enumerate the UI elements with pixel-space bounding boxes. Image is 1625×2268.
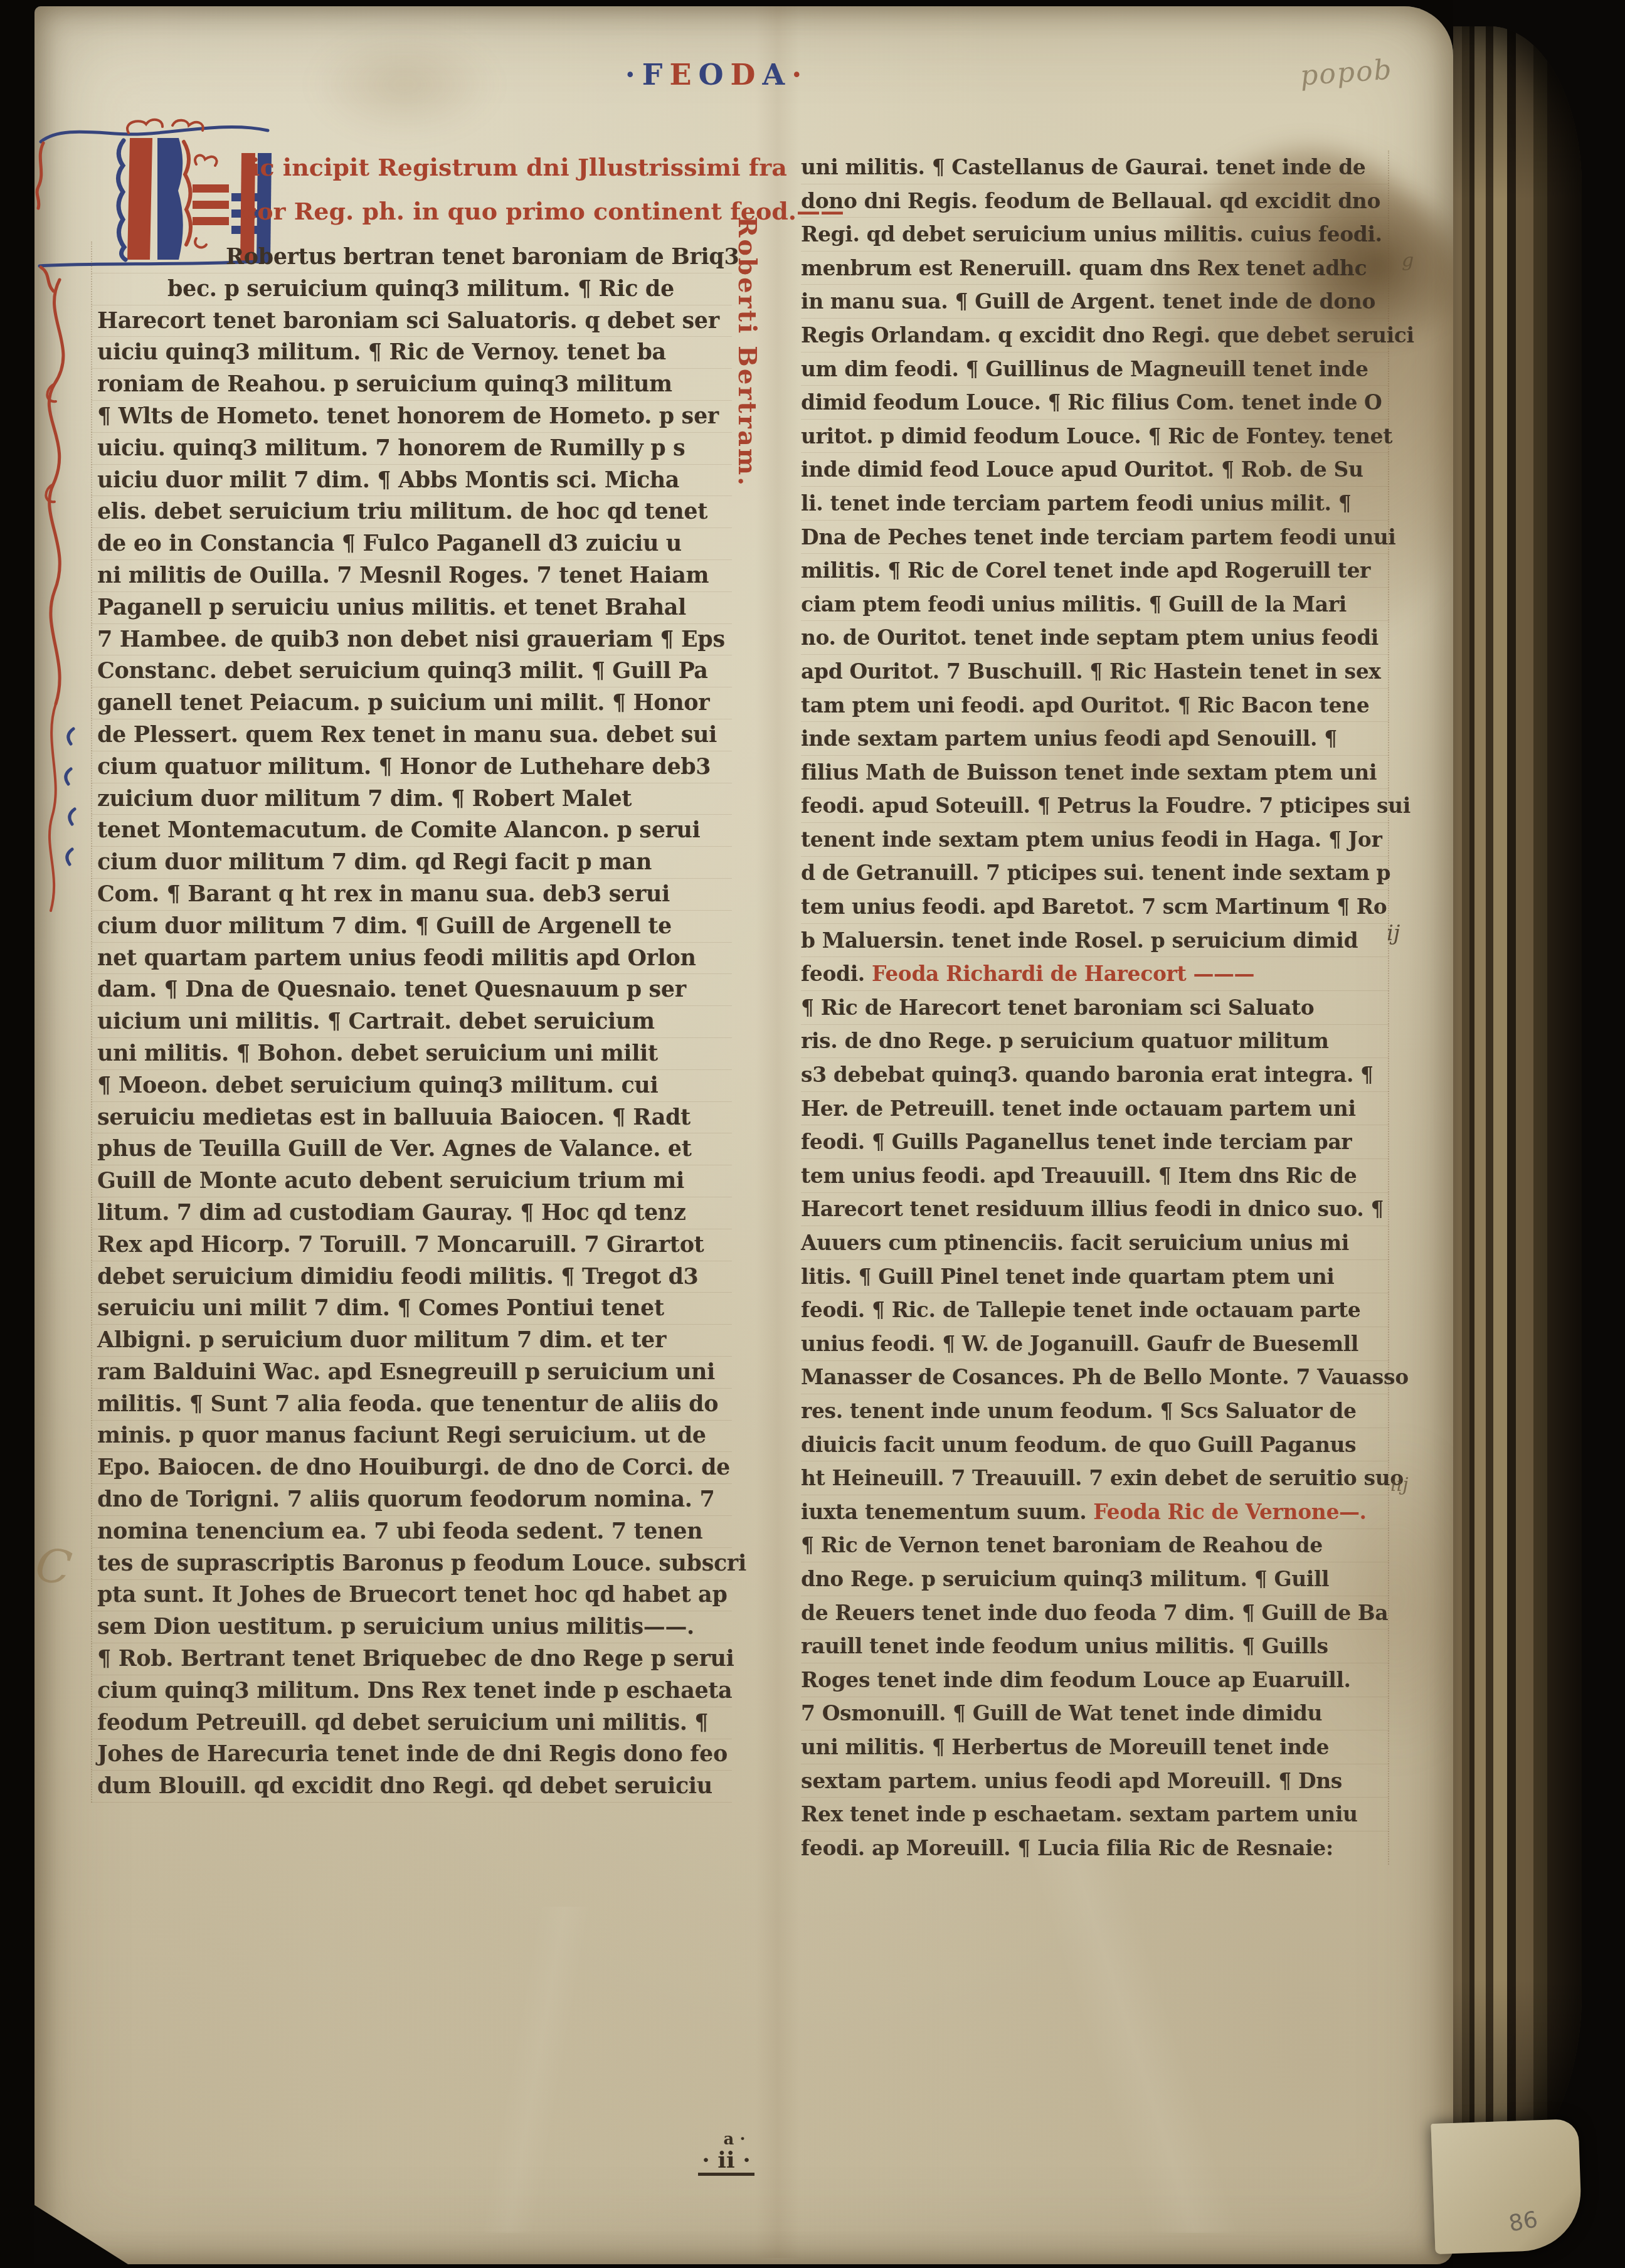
text-line: Regis Orlandam. q excidit dno Regi. que …: [801, 319, 1385, 352]
text-segment: um dim feodi. ¶ Guillinus de Magneuill t…: [801, 357, 1368, 381]
text-line: tam ptem uni feodi. apd Ouritot. ¶ Ric B…: [801, 689, 1385, 723]
text-segment: uritot. p dimid feodum Louce. ¶ Ric de F…: [801, 424, 1392, 448]
title-dot: ·: [791, 58, 805, 92]
text-segment: 7 Osmonuill. ¶ Guill de Wat tenet inde d…: [801, 1701, 1322, 1725]
text-line: Guill de Monte acuto debent seruicium tr…: [97, 1165, 732, 1197]
text-segment: dono dni Regis. feodum de Bellaual. qd e…: [801, 189, 1380, 213]
text-line: tes de suprascriptis Baronus p feodum Lo…: [97, 1548, 732, 1580]
text-line: sem Dion uestitum. p seruicium unius mil…: [97, 1611, 732, 1643]
text-segment: litis. ¶ Guill Pinel tenet inde quartam …: [801, 1264, 1334, 1289]
text-segment: inde sextam partem unius feodi apd Senou…: [801, 726, 1337, 751]
text-line: litum. 7 dim ad custodiam Gauray. ¶ Hoc …: [97, 1197, 732, 1229]
text-segment: feodi.: [801, 962, 872, 986]
text-segment: uni militis. ¶ Herbertus de Moreuill ten…: [801, 1735, 1329, 1759]
text-line: ¶ Rob. Bertrant tenet Briquebec de dno R…: [97, 1643, 732, 1675]
text-segment: Robertus bertran tenet baroniam de Briq3: [226, 244, 739, 270]
text-segment: minis. p quor manus faciunt Regi seruici…: [97, 1423, 706, 1448]
text-segment: Albigni. p seruicium duor militum 7 dim.…: [97, 1327, 666, 1353]
text-segment: Roges tenet inde dim feodum Louce ap Eua…: [801, 1668, 1351, 1692]
text-segment: Manasser de Cosances. Ph de Bello Monte.…: [801, 1365, 1409, 1389]
text-line: Harecort tenet residuum illius feodi in …: [801, 1192, 1385, 1226]
parchment-stain-top: [310, 31, 499, 138]
text-segment: bec. p seruicium quinq3 militum. ¶ Ric d…: [167, 276, 674, 302]
text-segment: feodi. apud Soteuill. ¶ Petrus la Foudre…: [801, 793, 1411, 818]
text-line: rauill tenet inde feodum unius militis. …: [801, 1629, 1385, 1663]
text-line: feodi. apud Soteuill. ¶ Petrus la Foudre…: [801, 789, 1385, 823]
text-segment: no. de Ouritot. tenet inde septam ptem u…: [801, 625, 1379, 650]
text-line: dono dni Regis. feodum de Bellaual. qd e…: [801, 184, 1385, 218]
text-line: de Reuers tenet inde duo feoda 7 dim. ¶ …: [801, 1596, 1385, 1630]
text-segment: res. tenent inde unum feodum. ¶ Scs Salu…: [801, 1399, 1357, 1423]
text-segment: unius feodi. ¶ W. de Joganuill. Gaufr de…: [801, 1332, 1358, 1356]
text-segment: tes de suprascriptis Baronus p feodum Lo…: [97, 1550, 746, 1576]
text-segment: seruiciu uni milit 7 dim. ¶ Comes Pontiu…: [97, 1295, 664, 1321]
text-line: uni militis. ¶ Castellanus de Gaurai. te…: [801, 151, 1385, 184]
text-segment: Johes de Harecuria tenet inde de dni Reg…: [97, 1741, 728, 1767]
text-segment: ¶ Ric de Harecort tenet baroniam sci Sal…: [801, 995, 1314, 1020]
text-segment: in manu sua. ¶ Guill de Argent. tenet in…: [801, 289, 1375, 314]
text-line: seruiciu medietas est in balluuia Baioce…: [97, 1102, 732, 1134]
text-line: uicium uni militis. ¶ Cartrait. debet se…: [97, 1006, 732, 1038]
manuscript-photo: ·FEODA· popob: [0, 0, 1625, 2268]
text-segment: Dna de Peches tenet inde terciam partem …: [801, 525, 1396, 549]
text-line: ni militis de Ouilla. 7 Mesnil Roges. 7 …: [97, 560, 732, 592]
text-line: ¶ Wlts de Hometo. tenet honorem de Homet…: [97, 401, 732, 433]
text-segment: net quartam partem unius feodi militis a…: [97, 945, 696, 971]
text-line: filius Math de Buisson tenet inde sextam…: [801, 756, 1385, 790]
text-line: feodi. ¶ Ric. de Tallepie tenet inde oct…: [801, 1293, 1385, 1327]
text-segment: Epo. Baiocen. de dno Houiburgi. de dno d…: [97, 1455, 730, 1480]
text-segment: uiciu. quinq3 militum. 7 honorem de Rumi…: [97, 435, 685, 461]
text-line: Paganell p seruiciu unius militis. et te…: [97, 592, 732, 624]
text-line: ¶ Moeon. debet seruicium quinq3 militum.…: [97, 1070, 732, 1102]
text-segment: Auuers cum ptinenciis. facit seruicium u…: [801, 1231, 1349, 1255]
text-segment: s3 debebat quinq3. quando baronia erat i…: [801, 1062, 1374, 1087]
text-line: Auuers cum ptinenciis. facit seruicium u…: [801, 1226, 1385, 1260]
text-line: dno Rege. p seruicium quinq3 militum. ¶ …: [801, 1562, 1385, 1596]
text-segment: filius Math de Buisson tenet inde sextam…: [801, 760, 1377, 785]
text-line: Dna de Peches tenet inde terciam partem …: [801, 521, 1385, 554]
text-line: Rex apd Hicorp. 7 Toruill. 7 Moncaruill.…: [97, 1229, 732, 1261]
rubric-segment: Feoda Richardi de Harecort ———: [872, 962, 1254, 986]
text-segment: roniam de Reahou. p seruicium quinq3 mil…: [97, 371, 672, 397]
text-line: uni militis. ¶ Bohon. debet seruicium un…: [97, 1038, 732, 1070]
text-line: res. tenent inde unum feodum. ¶ Scs Salu…: [801, 1394, 1385, 1428]
text-line: dam. ¶ Dna de Quesnaio. tenet Quesnauum …: [97, 974, 732, 1006]
text-segment: Her. de Petreuill. tenet inde octauam pa…: [801, 1096, 1356, 1121]
text-segment: feodi. ¶ Ric. de Tallepie tenet inde oct…: [801, 1298, 1360, 1322]
text-line: feodi. ap Moreuill. ¶ Lucia filia Ric de…: [801, 1831, 1385, 1865]
text-segment: uni militis. ¶ Castellanus de Gaurai. te…: [801, 155, 1365, 179]
text-segment: ¶ Rob. Bertrant tenet Briquebec de dno R…: [97, 1646, 734, 1672]
text-segment: ¶ Ric de Vernon tenet baroniam de Reahou…: [801, 1533, 1323, 1557]
text-segment: Rex apd Hicorp. 7 Toruill. 7 Moncaruill.…: [97, 1232, 704, 1258]
text-segment: cium quatuor militum. ¶ Honor de Lutheha…: [97, 754, 711, 780]
corner-tear: [34, 2181, 128, 2264]
text-segment: apd Ouritot. 7 Buschuill. ¶ Ric Hastein …: [801, 659, 1381, 684]
book-fore-edge: [1453, 0, 1625, 2268]
text-line: militis. ¶ Sunt 7 alia feoda. que tenent…: [97, 1389, 732, 1421]
text-line: feodum Petreuill. qd debet seruicium uni…: [97, 1707, 732, 1739]
quire-signature-numeral: · ii ·: [698, 2148, 754, 2176]
text-line: no. de Ouritot. tenet inde septam ptem u…: [801, 621, 1385, 655]
text-line: tem unius feodi. apd Treauuill. ¶ Item d…: [801, 1159, 1385, 1193]
rubric-line: ic incipit Registrum dni Jllustrissimi f…: [91, 146, 793, 189]
text-line: ¶ Ric de Vernon tenet baroniam de Reahou…: [801, 1529, 1385, 1562]
text-line: cium duor militum 7 dim. ¶ Guill de Arge…: [97, 911, 732, 943]
rubric-segment: Feoda Ric de Vernone—.: [1093, 1500, 1366, 1524]
text-segment: ganell tenet Peiacum. p suicium uni mili…: [97, 690, 709, 716]
text-segment: sextam partem. unius feodi apd Moreuill.…: [801, 1769, 1342, 1793]
text-segment: sem Dion uestitum. p seruicium unius mil…: [97, 1614, 694, 1640]
text-line: inde sextam partem unius feodi apd Senou…: [801, 722, 1385, 756]
text-line: in manu sua. ¶ Guill de Argent. tenet in…: [801, 285, 1385, 319]
title-dot: ·: [625, 58, 638, 92]
margin-paraph: C: [32, 1537, 75, 1596]
text-line: uiciu. quinq3 militum. 7 honorem de Rumi…: [97, 433, 732, 465]
text-line: ganell tenet Peiacum. p suicium uni mili…: [97, 687, 732, 719]
title-letter: E: [669, 58, 694, 92]
text-segment: cium duor militum 7 dim. qd Regi facit p…: [97, 849, 652, 875]
title-letter: O: [699, 58, 727, 92]
text-line: cium quinq3 militum. Dns Rex tenet inde …: [97, 1675, 732, 1707]
text-segment: ¶ Moeon. debet seruicium quinq3 militum.…: [97, 1073, 658, 1098]
text-segment: Harecort tenet residuum illius feodi in …: [801, 1197, 1384, 1221]
text-line: cium duor militum 7 dim. qd Regi facit p…: [97, 847, 732, 879]
text-line: ht Heineuill. 7 Treauuill. 7 exin debet …: [801, 1461, 1385, 1495]
quire-signature: a · · ii ·: [685, 2131, 767, 2176]
text-line: tem unius feodi. apd Baretot. 7 scm Mart…: [801, 890, 1385, 924]
text-line: uritot. p dimid feodum Louce. ¶ Ric de F…: [801, 420, 1385, 453]
text-segment: de eo in Constancia ¶ Fulco Paganell d3 …: [97, 531, 682, 556]
text-line: cium quatuor militum. ¶ Honor de Lutheha…: [97, 751, 732, 783]
text-line: Roges tenet inde dim feodum Louce ap Eua…: [801, 1663, 1385, 1697]
right-column: uni militis. ¶ Castellanus de Gaurai. te…: [801, 151, 1389, 1865]
text-line: Regi. qd debet seruicium unius militis. …: [801, 218, 1385, 252]
text-segment: de Reuers tenet inde duo feoda 7 dim. ¶ …: [801, 1601, 1388, 1625]
text-line: feodi. ¶ Guills Paganellus tenet inde te…: [801, 1125, 1385, 1159]
text-segment: litum. 7 dim ad custodiam Gauray. ¶ Hoc …: [97, 1200, 685, 1226]
faded-inscription: popob: [1299, 50, 1439, 92]
text-segment: uicium uni militis. ¶ Cartrait. debet se…: [97, 1009, 655, 1034]
text-segment: uiciu duor milit 7 dim. ¶ Abbs Montis sc…: [97, 467, 679, 493]
text-segment: debet seruicium dimidiu feodi militis. ¶…: [97, 1264, 699, 1290]
text-segment: Com. ¶ Barant q ht rex in manu sua. deb3…: [97, 881, 670, 907]
text-line: feodi. Feoda Richardi de Harecort ———: [801, 957, 1385, 991]
text-segment: b Maluersin. tenet inde Rosel. p seruici…: [801, 928, 1358, 953]
text-line: 7 Hambee. de quib3 non debet nisi grauer…: [97, 624, 732, 656]
text-segment: phus de Teuilla Guill de Ver. Agnes de V…: [97, 1136, 691, 1162]
text-segment: Paganell p seruiciu unius militis. et te…: [97, 595, 686, 620]
rubric-line: cor Reg. ph. in quo primo continent feod…: [91, 189, 793, 233]
text-line: net quartam partem unius feodi militis a…: [97, 943, 732, 975]
running-title: ·FEODA·: [621, 58, 809, 92]
margin-mark: g: [1402, 250, 1414, 272]
left-column: Robertus bertran tenet baroniam de Briq3…: [91, 241, 732, 1803]
text-line: 7 Osmonuill. ¶ Guill de Wat tenet inde d…: [801, 1697, 1385, 1730]
text-segment: Rex tenet inde p eschaetam. sextam parte…: [801, 1802, 1358, 1826]
text-line: Her. de Petreuill. tenet inde octauam pa…: [801, 1092, 1385, 1126]
text-line: phus de Teuilla Guill de Ver. Agnes de V…: [97, 1133, 732, 1165]
text-line: Rex tenet inde p eschaetam. sextam parte…: [801, 1798, 1385, 1831]
text-line: minis. p quor manus faciunt Regi seruici…: [97, 1420, 732, 1452]
text-segment: ris. de dno Rege. p seruicium quatuor mi…: [801, 1029, 1328, 1053]
text-segment: ht Heineuill. 7 Treauuill. 7 exin debet …: [801, 1466, 1404, 1490]
text-segment: nomina tenencium ea. 7 ubi feoda sedent.…: [97, 1518, 702, 1544]
text-line: b Maluersin. tenet inde Rosel. p seruici…: [801, 924, 1385, 958]
text-segment: seruiciu medietas est in balluuia Baioce…: [97, 1105, 691, 1130]
text-line: tenent inde sextam ptem unius feodi in H…: [801, 823, 1385, 857]
text-segment: menbrum est Reneruill. quam dns Rex tene…: [801, 256, 1367, 280]
parchment-crease: [818, 1844, 1446, 2233]
text-segment: feodi. ap Moreuill. ¶ Lucia filia Ric de…: [801, 1836, 1333, 1860]
text-line: elis. debet seruicium triu militum. de h…: [97, 496, 732, 528]
text-segment: Regi. qd debet seruicium unius militis. …: [801, 222, 1382, 246]
text-segment: feodum Petreuill. qd debet seruicium uni…: [97, 1710, 708, 1735]
quire-signature-letter: a ·: [685, 2131, 767, 2148]
text-line: militis. ¶ Ric de Corel tenet inde apd R…: [801, 554, 1385, 588]
text-segment: Harecort tenet baroniam sci Saluatoris. …: [97, 308, 719, 334]
text-segment: pta sunt. It Johes de Bruecort tenet hoc…: [97, 1582, 727, 1608]
text-segment: de Plessert. quem Rex tenet in manu sua.…: [97, 722, 717, 748]
text-line: debet seruicium dimidiu feodi militis. ¶…: [97, 1261, 732, 1293]
text-line: seruiciu uni milit 7 dim. ¶ Comes Pontiu…: [97, 1293, 732, 1325]
margin-mark: ij: [1387, 921, 1400, 946]
text-segment: dimid feodum Louce. ¶ Ric filius Com. te…: [801, 390, 1382, 415]
text-segment: tenent inde sextam ptem unius feodi in H…: [801, 827, 1382, 852]
text-segment: tem unius feodi. apd Treauuill. ¶ Item d…: [801, 1163, 1357, 1188]
text-line: Albigni. p seruicium duor militum 7 dim.…: [97, 1325, 732, 1357]
title-letter: A: [763, 58, 788, 92]
text-segment: elis. debet seruicium triu militum. de h…: [97, 499, 707, 524]
text-line: roniam de Reahou. p seruicium quinq3 mil…: [97, 369, 732, 401]
text-segment: ¶ Wlts de Hometo. tenet honorem de Homet…: [97, 403, 719, 429]
text-line: litis. ¶ Guill Pinel tenet inde quartam …: [801, 1260, 1385, 1294]
text-line: tenet Montemacutum. de Comite Alancon. p…: [97, 815, 732, 847]
text-line: menbrum est Reneruill. quam dns Rex tene…: [801, 252, 1385, 285]
text-line: zuicium duor militum 7 dim. ¶ Robert Mal…: [97, 783, 732, 815]
text-line: sextam partem. unius feodi apd Moreuill.…: [801, 1764, 1385, 1798]
text-line: apd Ouritot. 7 Buschuill. ¶ Ric Hastein …: [801, 655, 1385, 689]
text-segment: d de Getranuill. 7 pticipes sui. tenent …: [801, 861, 1390, 885]
text-segment: diuicis facit unum feodum. de quo Guill …: [801, 1433, 1356, 1457]
page-edge-stack: [1453, 26, 1582, 2196]
text-line: Epo. Baiocen. de dno Houiburgi. de dno d…: [97, 1452, 732, 1484]
text-line: Manasser de Cosances. Ph de Bello Monte.…: [801, 1360, 1385, 1394]
text-line: li. tenet inde terciam partem feodi uniu…: [801, 487, 1385, 521]
text-line: dum Blouill. qd excidit dno Regi. qd deb…: [97, 1771, 732, 1803]
manuscript-page: ·FEODA· popob: [34, 6, 1453, 2264]
text-line: uiciu duor milit 7 dim. ¶ Abbs Montis sc…: [97, 465, 732, 497]
text-segment: ni militis de Ouilla. 7 Mesnil Roges. 7 …: [97, 563, 709, 588]
text-segment: zuicium duor militum 7 dim. ¶ Robert Mal…: [97, 786, 632, 812]
text-line: um dim feodi. ¶ Guillinus de Magneuill t…: [801, 352, 1385, 386]
text-segment: tam ptem uni feodi. apd Ouritot. ¶ Ric B…: [801, 693, 1369, 718]
text-segment: cium quinq3 militum. Dns Rex tenet inde …: [97, 1678, 732, 1704]
text-line: uiciu quinq3 militum. ¶ Ric de Vernoy. t…: [97, 337, 732, 369]
text-segment: dam. ¶ Dna de Quesnaio. tenet Quesnauum …: [97, 977, 686, 1002]
text-segment: li. tenet inde terciam partem feodi uniu…: [801, 491, 1351, 516]
text-segment: dum Blouill. qd excidit dno Regi. qd deb…: [97, 1773, 712, 1799]
text-line: s3 debebat quinq3. quando baronia erat i…: [801, 1058, 1385, 1092]
text-line: ¶ Ric de Harecort tenet baroniam sci Sal…: [801, 991, 1385, 1025]
text-line: inde dimid feod Louce apud Ouritot. ¶ Ro…: [801, 453, 1385, 487]
text-line: de Plessert. quem Rex tenet in manu sua.…: [97, 719, 732, 751]
text-segment: dno de Torigni. 7 aliis quorum feodorum …: [97, 1486, 714, 1512]
text-line: diuicis facit unum feodum. de quo Guill …: [801, 1428, 1385, 1462]
text-segment: Regis Orlandam. q excidit dno Regi. que …: [801, 323, 1414, 347]
text-segment: Constanc. debet seruicium quinq3 milit. …: [97, 658, 708, 684]
text-line: Robertus bertran tenet baroniam de Briq3: [226, 241, 732, 273]
text-segment: uni militis. ¶ Bohon. debet seruicium un…: [97, 1041, 658, 1066]
text-line: nomina tenencium ea. 7 ubi feoda sedent.…: [97, 1516, 732, 1548]
text-segment: Guill de Monte acuto debent seruicium tr…: [97, 1168, 684, 1194]
text-line: ciam ptem feodi unius militis. ¶ Guill d…: [801, 588, 1385, 622]
text-segment: 7 Hambee. de quib3 non debet nisi grauer…: [97, 627, 725, 652]
text-line: pta sunt. It Johes de Bruecort tenet hoc…: [97, 1579, 732, 1611]
text-segment: iuxta tenementum suum.: [801, 1500, 1093, 1524]
folio-number-pencil: 86: [1507, 2207, 1540, 2237]
text-segment: militis. ¶ Sunt 7 alia feoda. que tenent…: [97, 1391, 718, 1417]
text-segment: ram Balduini Wac. apd Esnegreuill p seru…: [97, 1359, 715, 1385]
text-segment: uiciu quinq3 militum. ¶ Ric de Vernoy. t…: [97, 339, 666, 365]
text-segment: dno Rege. p seruicium quinq3 militum. ¶ …: [801, 1567, 1329, 1591]
text-line: Com. ¶ Barant q ht rex in manu sua. deb3…: [97, 879, 732, 911]
text-line: uni militis. ¶ Herbertus de Moreuill ten…: [801, 1730, 1385, 1764]
text-segment: tenet Montemacutum. de Comite Alancon. p…: [97, 817, 701, 843]
margin-mark: iij: [1390, 1474, 1409, 1496]
opening-rubric: ic incipit Registrum dni Jllustrissimi f…: [91, 146, 793, 233]
title-letter: F: [642, 58, 666, 92]
text-segment: militis. ¶ Ric de Corel tenet inde apd R…: [801, 558, 1370, 583]
text-line: Johes de Harecuria tenet inde de dni Reg…: [97, 1739, 732, 1771]
text-line: unius feodi. ¶ W. de Joganuill. Gaufr de…: [801, 1327, 1385, 1361]
page-corner: [1431, 2119, 1582, 2254]
text-line: dimid feodum Louce. ¶ Ric filius Com. te…: [801, 386, 1385, 420]
text-segment: inde dimid feod Louce apud Ouritot. ¶ Ro…: [801, 457, 1363, 482]
text-line: de eo in Constancia ¶ Fulco Paganell d3 …: [97, 528, 732, 560]
text-segment: feodi. ¶ Guills Paganellus tenet inde te…: [801, 1130, 1352, 1154]
text-line: bec. p seruicium quinq3 militum. ¶ Ric d…: [167, 273, 732, 305]
text-segment: ciam ptem feodi unius militis. ¶ Guill d…: [801, 592, 1347, 617]
text-line: iuxta tenementum suum. Feoda Ric de Vern…: [801, 1495, 1385, 1529]
text-line: d de Getranuill. 7 pticipes sui. tenent …: [801, 856, 1385, 890]
text-line: ris. de dno Rege. p seruicium quatuor mi…: [801, 1024, 1385, 1058]
text-line: ram Balduini Wac. apd Esnegreuill p seru…: [97, 1357, 732, 1389]
text-segment: cium duor militum 7 dim. ¶ Guill de Arge…: [97, 913, 672, 939]
text-line: Constanc. debet seruicium quinq3 milit. …: [97, 655, 732, 687]
parchment-crease: [298, 1907, 775, 2233]
text-line: Harecort tenet baroniam sci Saluatoris. …: [97, 305, 732, 337]
text-line: dno de Torigni. 7 aliis quorum feodorum …: [97, 1484, 732, 1516]
title-letter: D: [731, 58, 759, 92]
text-segment: tem unius feodi. apd Baretot. 7 scm Mart…: [801, 894, 1387, 919]
text-segment: rauill tenet inde feodum unius militis. …: [801, 1634, 1328, 1658]
